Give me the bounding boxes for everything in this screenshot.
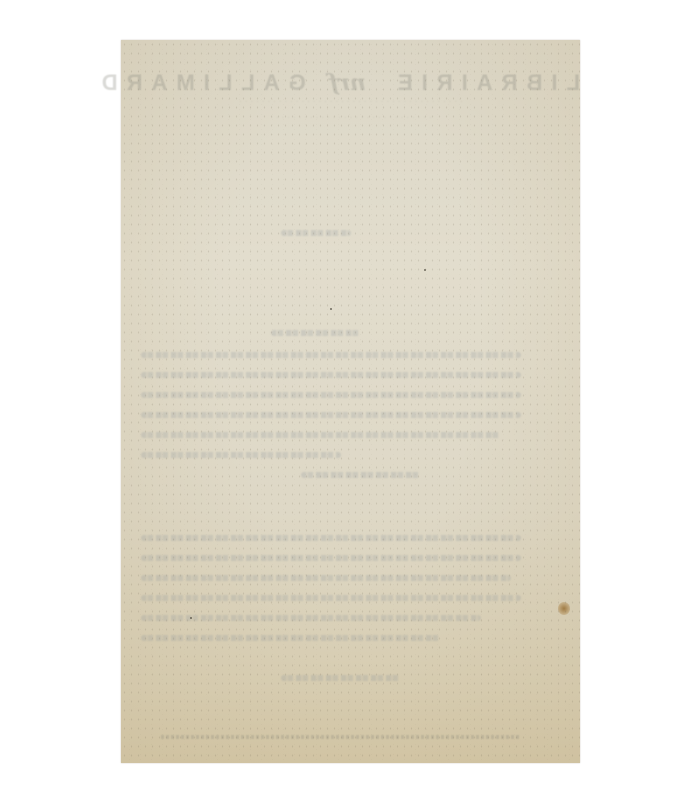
show-through-line [141, 372, 521, 378]
footer-show-through [161, 735, 520, 739]
letterhead-subline: · · · · · · · · · · · · · · · · · · · · … [121, 99, 580, 105]
show-through-line [141, 635, 441, 641]
show-through-line [141, 595, 521, 601]
show-through-line [141, 392, 521, 398]
paper-speck [190, 617, 192, 619]
letterhead-address-line: · · · · · · · · · · · · · · · · · · · · … [121, 115, 580, 121]
letterhead-librairie: LIBRAIRIE [389, 70, 580, 95]
paper-speck [424, 269, 426, 271]
show-through-line [271, 330, 361, 336]
letterhead-gallimard: GALLIMARD [93, 70, 306, 95]
letterhead-title: LIBRAIRIE nrf GALLIMARD [121, 70, 580, 96]
show-through-line [301, 472, 421, 478]
show-through-line [141, 575, 511, 581]
nrf-logo-icon: nrf [329, 70, 366, 96]
show-through-line [141, 432, 501, 438]
show-through-line [281, 675, 401, 681]
show-through-line [141, 352, 521, 358]
show-through-line [141, 615, 481, 621]
show-through-line [141, 535, 521, 541]
show-through-line [281, 230, 351, 236]
foxing-stain [558, 602, 570, 615]
letter-sheet: LIBRAIRIE nrf GALLIMARD · · · · · · · · … [121, 40, 580, 763]
show-through-line [141, 412, 521, 418]
show-through-line [141, 555, 521, 561]
paper-speck [330, 308, 332, 310]
letterhead-show-through: LIBRAIRIE nrf GALLIMARD · · · · · · · · … [121, 70, 580, 121]
show-through-line [141, 452, 341, 458]
